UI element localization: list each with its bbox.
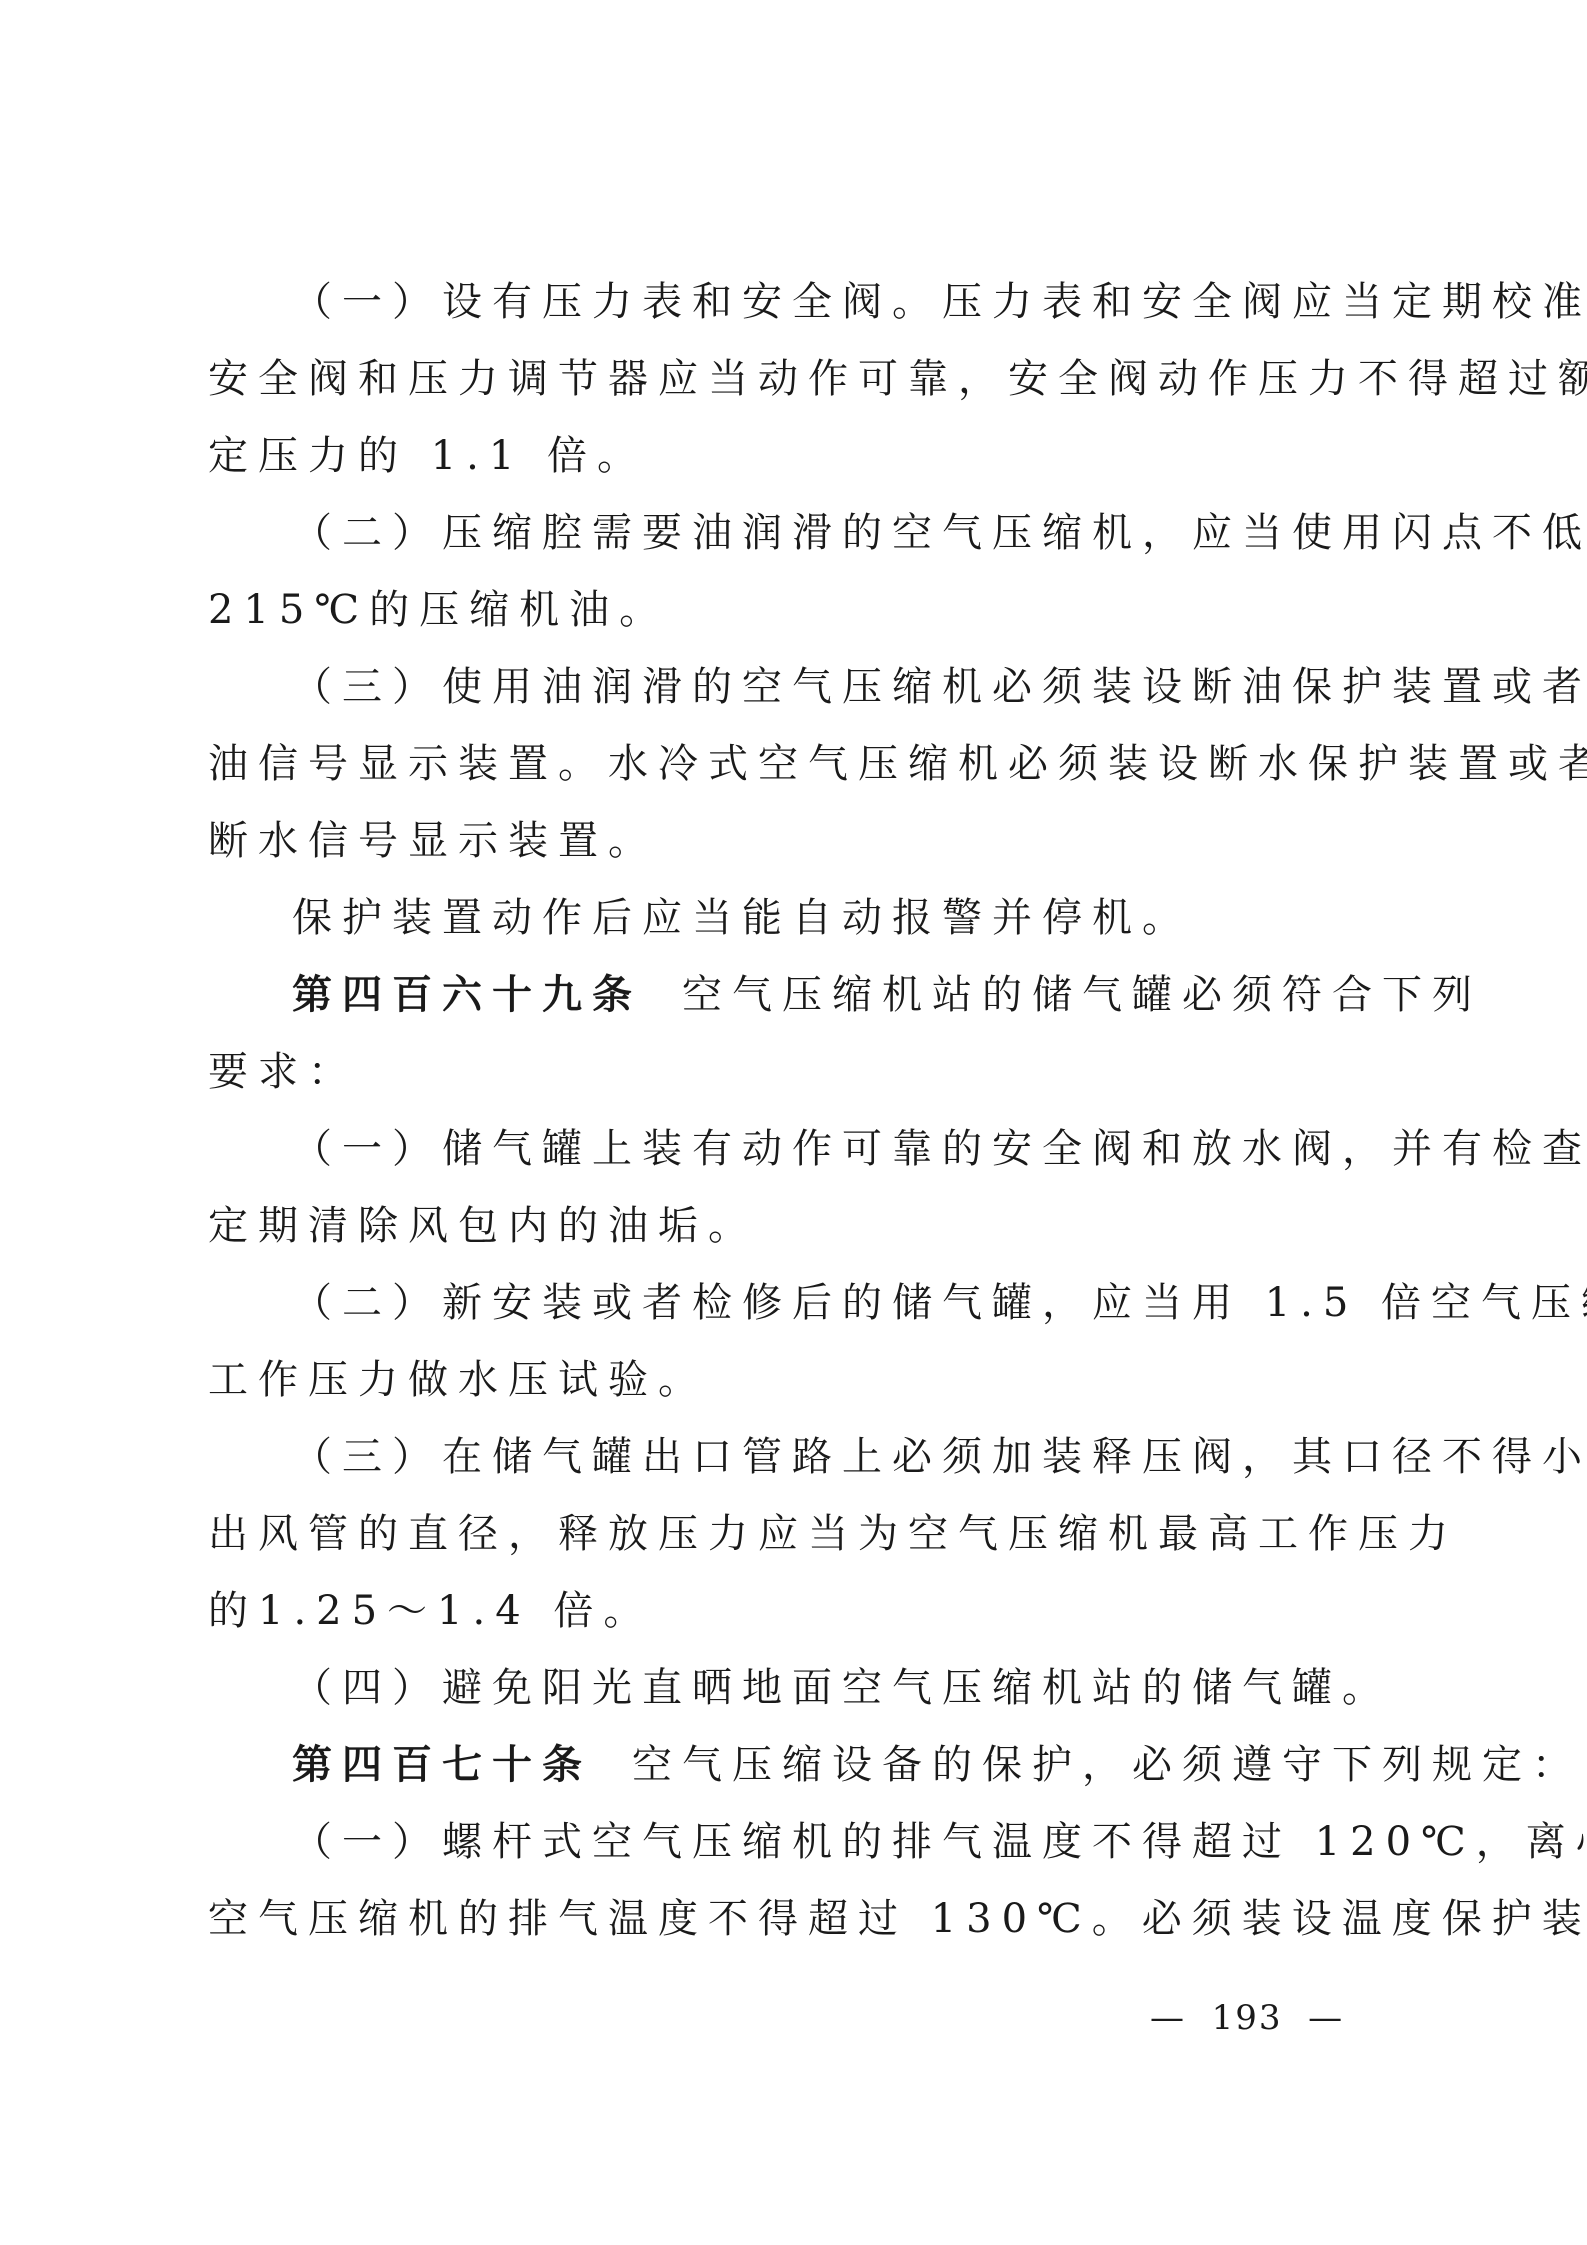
paragraph-line: 215℃的压缩机油。 — [208, 572, 1388, 649]
line-text: 空气压缩机站的储气罐必须符合下列 — [682, 957, 1482, 1034]
paragraph-line: （二）新安装或者检修后的储气罐，应当用 1.5 倍空气压缩机 — [208, 1265, 1388, 1342]
line-text: （一）储气罐上装有动作可靠的安全阀和放水阀，并有检查孔。 — [292, 1111, 1587, 1188]
paragraph-line: 安全阀和压力调节器应当动作可靠，安全阀动作压力不得超过额 — [208, 341, 1388, 418]
article-title: 第四百七十条 — [292, 1727, 592, 1804]
line-text: 断水信号显示装置。 — [208, 803, 658, 880]
page-number: — 193 — — [1150, 1998, 1344, 2038]
line-text: 出风管的直径，释放压力应当为空气压缩机最高工作压力 — [208, 1496, 1458, 1573]
paragraph-line: 定期清除风包内的油垢。 — [208, 1188, 1388, 1265]
line-text: （二）压缩腔需要油润滑的空气压缩机，应当使用闪点不低于 — [292, 495, 1587, 572]
line-text: （二）新安装或者检修后的储气罐，应当用 1.5 倍空气压缩机 — [292, 1265, 1587, 1342]
line-text: 的1.25～1.4 倍。 — [208, 1573, 653, 1650]
paragraph-line: （二）压缩腔需要油润滑的空气压缩机，应当使用闪点不低于 — [208, 495, 1388, 572]
paragraph-line: （一）设有压力表和安全阀。压力表和安全阀应当定期校准。 — [208, 264, 1388, 341]
article-heading-line: 第四百七十条 空气压缩设备的保护，必须遵守下列规定： — [208, 1727, 1388, 1804]
paragraph-line: 的1.25～1.4 倍。 — [208, 1573, 1388, 1650]
line-text: （一）螺杆式空气压缩机的排气温度不得超过 120℃，离心式 — [292, 1804, 1587, 1881]
paragraph-line: 断水信号显示装置。 — [208, 803, 1388, 880]
line-text: （一）设有压力表和安全阀。压力表和安全阀应当定期校准。 — [292, 264, 1587, 341]
line-text: （三）使用油润滑的空气压缩机必须装设断油保护装置或者断 — [292, 649, 1587, 726]
paragraph-line: （三）在储气罐出口管路上必须加装释压阀，其口径不得小于 — [208, 1419, 1388, 1496]
line-text: 安全阀和压力调节器应当动作可靠，安全阀动作压力不得超过额 — [208, 341, 1587, 418]
line-text: 定期清除风包内的油垢。 — [208, 1188, 758, 1265]
line-text: 要求： — [208, 1034, 358, 1111]
document-page: （一）设有压力表和安全阀。压力表和安全阀应当定期校准。 安全阀和压力调节器应当动… — [208, 264, 1388, 1958]
line-text: （三）在储气罐出口管路上必须加装释压阀，其口径不得小于 — [292, 1419, 1587, 1496]
paragraph-line: （三）使用油润滑的空气压缩机必须装设断油保护装置或者断 — [208, 649, 1388, 726]
paragraph-line: 要求： — [208, 1034, 1388, 1111]
paragraph-line: 空气压缩机的排气温度不得超过 130℃。必须装设温度保护装 — [208, 1881, 1388, 1958]
paragraph-line: （一）储气罐上装有动作可靠的安全阀和放水阀，并有检查孔。 — [208, 1111, 1388, 1188]
line-text: 定压力的 1.1 倍。 — [208, 418, 647, 495]
paragraph-line: （一）螺杆式空气压缩机的排气温度不得超过 120℃，离心式 — [208, 1804, 1388, 1881]
line-text: 保护装置动作后应当能自动报警并停机。 — [292, 880, 1192, 957]
article-title: 第四百六十九条 — [292, 957, 642, 1034]
line-text: 空气压缩设备的保护，必须遵守下列规定： — [632, 1727, 1582, 1804]
paragraph-line: 工作压力做水压试验。 — [208, 1342, 1388, 1419]
paragraph-line: 出风管的直径，释放压力应当为空气压缩机最高工作压力 — [208, 1496, 1388, 1573]
article-heading-line: 第四百六十九条 空气压缩机站的储气罐必须符合下列 — [208, 957, 1388, 1034]
paragraph-line: 保护装置动作后应当能自动报警并停机。 — [208, 880, 1388, 957]
line-text: （四）避免阳光直晒地面空气压缩机站的储气罐。 — [292, 1650, 1392, 1727]
paragraph-line: 油信号显示装置。水冷式空气压缩机必须装设断水保护装置或者 — [208, 726, 1388, 803]
line-text: 油信号显示装置。水冷式空气压缩机必须装设断水保护装置或者 — [208, 726, 1587, 803]
paragraph-line: （四）避免阳光直晒地面空气压缩机站的储气罐。 — [208, 1650, 1388, 1727]
line-text: 215℃的压缩机油。 — [208, 572, 669, 649]
paragraph-line: 定压力的 1.1 倍。 — [208, 418, 1388, 495]
line-text: 工作压力做水压试验。 — [208, 1342, 708, 1419]
line-text: 空气压缩机的排气温度不得超过 130℃。必须装设温度保护装 — [208, 1881, 1587, 1958]
